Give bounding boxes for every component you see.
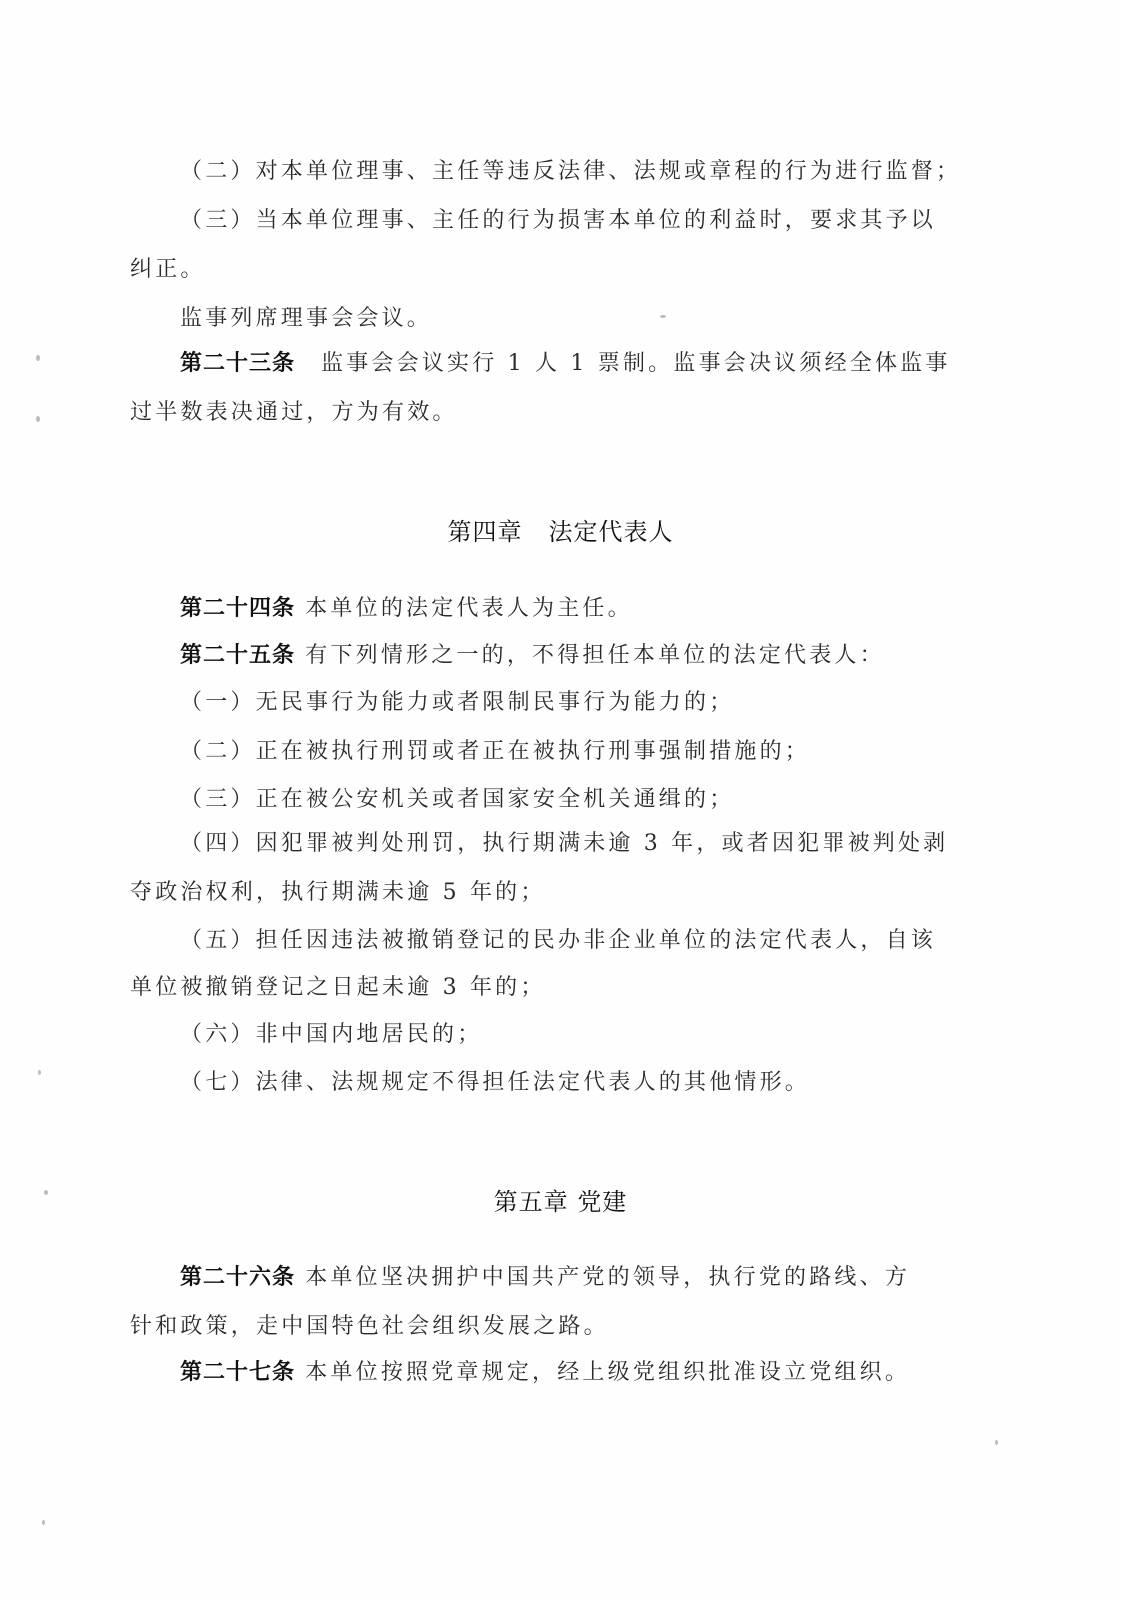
clause-item-2: （二）对本单位理事、主任等违反法律、法规或章程的行为进行监督； (180, 157, 1020, 187)
scan-speck (660, 315, 666, 318)
article-24: 第二十四条 本单位的法定代表人为主任。 (180, 594, 1020, 624)
chapter-5-title: 党建 (577, 1188, 627, 1216)
article-25-label: 第二十五条 (180, 643, 295, 668)
scan-speck (36, 355, 40, 361)
article-27-text: 本单位按照党章规定，经上级党组织批准设立党组织。 (305, 1360, 910, 1385)
article-25-item-5-continuation: 单位被撤销登记之日起未逾 3 年的； (130, 973, 970, 1003)
clause-item-3-continuation: 纠正。 (130, 255, 970, 285)
chapter-5-heading: 第五章 党建 (0, 1186, 1121, 1218)
article-26-continuation: 针和政策，走中国特色社会组织发展之路。 (130, 1312, 970, 1342)
article-23: 第二十三条监事会会议实行 1 人 1 票制。监事会决议须经全体监事 (180, 349, 1020, 379)
article-25-text: 有下列情形之一的，不得担任本单位的法定代表人： (305, 643, 885, 668)
article-25-item-3: （三）正在被公安机关或者国家安全机关通缉的； (180, 785, 1020, 815)
article-23-continuation: 过半数表决通过，方为有效。 (130, 398, 970, 428)
article-23-text: 监事会会议实行 1 人 1 票制。监事会决议须经全体监事 (321, 351, 951, 376)
article-26-label: 第二十六条 (180, 1265, 295, 1290)
chapter-4-title: 法定代表人 (549, 518, 674, 546)
scan-speck (36, 416, 40, 422)
article-27: 第二十七条 本单位按照党章规定，经上级党组织批准设立党组织。 (180, 1358, 1020, 1388)
article-27-label: 第二十七条 (180, 1360, 295, 1385)
article-25: 第二十五条 有下列情形之一的，不得担任本单位的法定代表人： (180, 641, 1020, 671)
article-25-item-6: （六）非中国内地居民的； (180, 1020, 1020, 1050)
chapter-4-heading: 第四章法定代表人 (0, 516, 1121, 548)
article-26: 第二十六条 本单位坚决拥护中国共产党的领导，执行党的路线、方 (180, 1263, 1020, 1293)
scan-speck (44, 1190, 48, 1195)
chapter-5-number: 第五章 (494, 1188, 569, 1216)
clause-item-3: （三）当本单位理事、主任的行为损害本单位的利益时，要求其予以 (180, 206, 1020, 236)
article-24-text: 本单位的法定代表人为主任。 (305, 596, 633, 621)
article-23-label: 第二十三条 (180, 351, 295, 376)
supervisor-attendance-text: 监事列席理事会会议。 (180, 304, 1020, 334)
scan-speck (38, 1070, 41, 1075)
chapter-4-number: 第四章 (448, 518, 523, 546)
article-25-item-1: （一）无民事行为能力或者限制民事行为能力的； (180, 688, 1020, 718)
article-24-label: 第二十四条 (180, 596, 295, 621)
article-25-item-2: （二）正在被执行刑罚或者正在被执行刑事强制措施的； (180, 737, 1020, 767)
article-25-item-5: （五）担任因违法被撤销登记的民办非企业单位的法定代表人，自该 (180, 926, 1020, 956)
scanned-document-page: （二）对本单位理事、主任等违反法律、法规或章程的行为进行监督； （三）当本单位理… (0, 0, 1121, 1600)
article-25-item-7: （七）法律、法规规定不得担任法定代表人的其他情形。 (180, 1068, 1020, 1098)
article-26-text: 本单位坚决拥护中国共产党的领导，执行党的路线、方 (305, 1265, 910, 1290)
scan-speck (995, 1440, 998, 1445)
article-25-item-4: （四）因犯罪被判处刑罚，执行期满未逾 3 年，或者因犯罪被判处剥 (180, 829, 1020, 859)
article-25-item-4-continuation: 夺政治权利，执行期满未逾 5 年的； (130, 878, 970, 908)
scan-speck (42, 1520, 45, 1525)
